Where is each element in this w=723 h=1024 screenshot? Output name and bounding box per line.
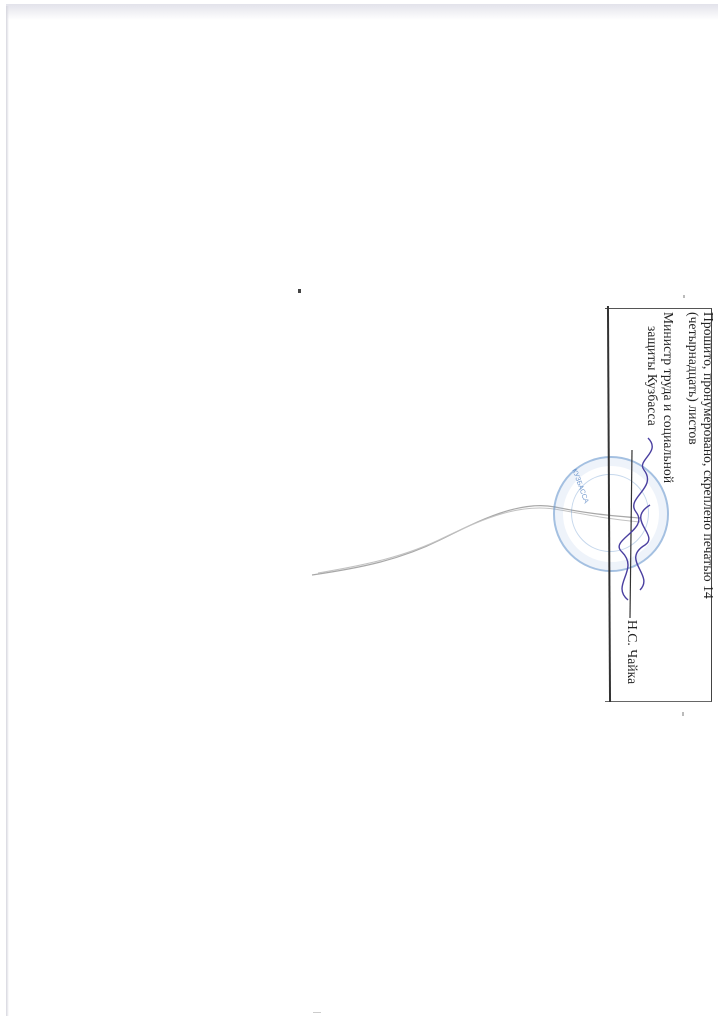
scan-speck [682,712,684,716]
scan-speck [683,295,685,298]
signature [0,0,723,1024]
document-page: КУЗБАССА Прошито, пронумеровано, скрепле… [0,0,723,1024]
scan-speck [313,1012,321,1013]
